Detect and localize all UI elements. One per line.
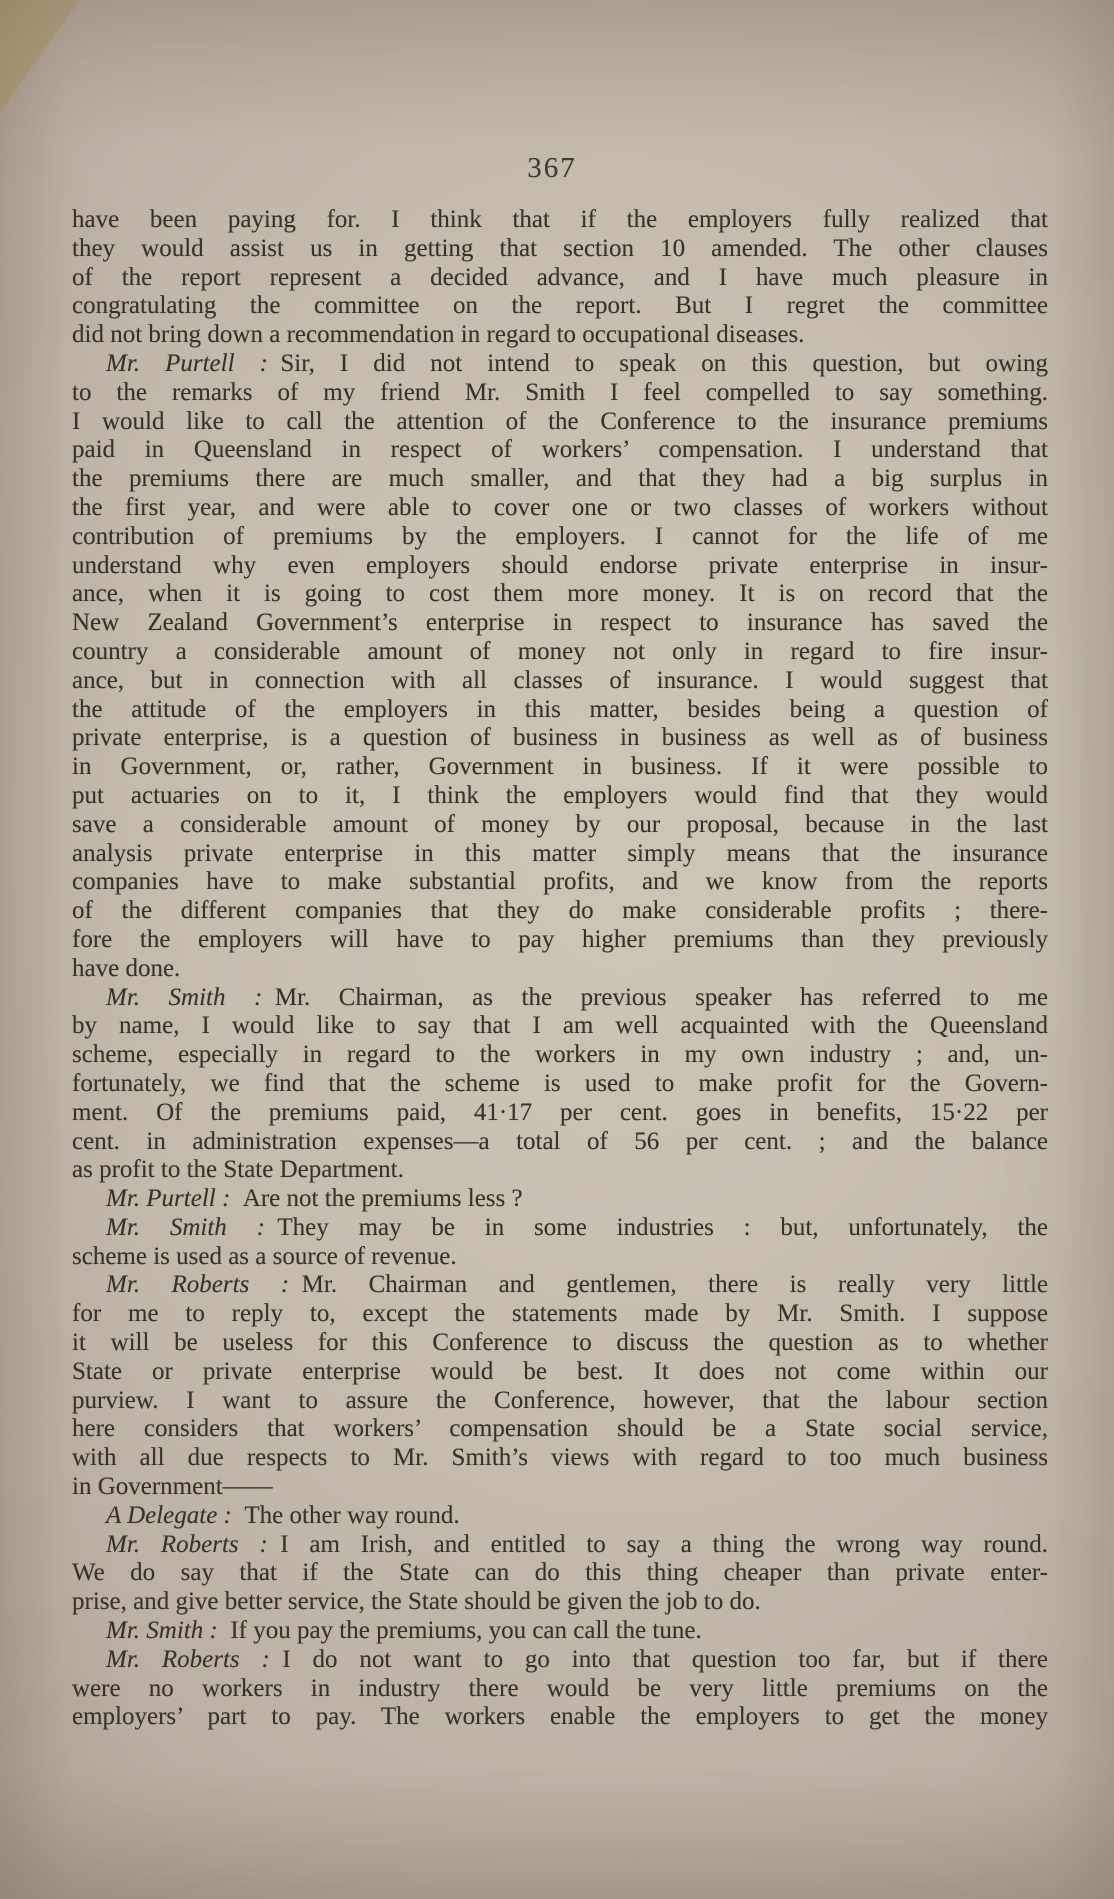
text-line: with all due respects to Mr. Smith’s vie… [72, 1444, 1048, 1473]
paragraph: Mr. Purtell : Sir, I did not intend to s… [72, 350, 1048, 984]
text-line: Mr. Smith : They may be in some industri… [72, 1214, 1048, 1243]
text-line: Mr. Purtell : Are not the premiums less … [72, 1185, 1048, 1214]
speaker-name: Mr. Smith : [106, 1617, 218, 1644]
text-line: fortunately, we find that the scheme is … [72, 1070, 1048, 1099]
text-line: save a considerable amount of money by o… [72, 811, 1048, 840]
text-line: companies have to make substantial profi… [72, 868, 1048, 897]
text-line: ance, when it is going to cost them more… [72, 580, 1048, 609]
speaker-name: Mr. Smith : [106, 984, 262, 1011]
text-line: put actuaries on to it, I think the empl… [72, 782, 1048, 811]
text-line: contribution of premiums by the employer… [72, 523, 1048, 552]
text-line: I would like to call the attention of th… [72, 408, 1048, 437]
text-line: country a considerable amount of money n… [72, 638, 1048, 667]
text-line: Mr. Purtell : Sir, I did not intend to s… [72, 350, 1048, 379]
text-line: in Government, or, rather, Government in… [72, 753, 1048, 782]
text-line: they would assist us in getting that sec… [72, 235, 1048, 264]
paragraph: Mr. Purtell : Are not the premiums less … [72, 1185, 1048, 1214]
text-line: prise, and give better service, the Stat… [72, 1588, 1048, 1617]
text-line: have been paying for. I think that if th… [72, 206, 1048, 235]
text-line: ment. Of the premiums paid, 41·17 per ce… [72, 1099, 1048, 1128]
text-line: by name, I would like to say that I am w… [72, 1012, 1048, 1041]
text-line: were no workers in industry there would … [72, 1675, 1048, 1704]
paragraph: Mr. Smith : Mr. Chairman, as the previou… [72, 984, 1048, 1186]
text-line: State or private enterprise would be bes… [72, 1358, 1048, 1387]
paragraph: have been paying for. I think that if th… [72, 206, 1048, 350]
text-line: it will be useless for this Conference t… [72, 1329, 1048, 1358]
text-line: have done. [72, 955, 1048, 984]
text-line: Mr. Roberts : I do not want to go into t… [72, 1646, 1048, 1675]
text-line: ance, but in connection with all classes… [72, 667, 1048, 696]
speaker-name: Mr. Roberts : [106, 1646, 270, 1673]
paragraph: Mr. Roberts : Mr. Chairman and gentlemen… [72, 1271, 1048, 1501]
speaker-name: A Delegate : [106, 1502, 232, 1529]
text-line: Mr. Smith : Mr. Chairman, as the previou… [72, 984, 1048, 1013]
text-line: understand why even employers should end… [72, 552, 1048, 581]
speaker-name: Mr. Roberts : [106, 1271, 289, 1298]
speaker-name: Mr. Roberts : [106, 1531, 268, 1558]
text-line: did not bring down a recommendation in r… [72, 321, 1048, 350]
speaker-name: Mr. Purtell : [106, 350, 268, 377]
text-line: of the different companies that they do … [72, 897, 1048, 926]
text-line: Mr. Roberts : I am Irish, and entitled t… [72, 1531, 1048, 1560]
text-line: for me to reply to, except the statement… [72, 1300, 1048, 1329]
text-line: purview. I want to assure the Conference… [72, 1387, 1048, 1416]
text-line: analysis private enterprise in this matt… [72, 840, 1048, 869]
text-line: New Zealand Government’s enterprise in r… [72, 609, 1048, 638]
page-text: have been paying for. I think that if th… [72, 206, 1048, 1732]
text-line: the attitude of the employers in this ma… [72, 696, 1048, 725]
scanned-book-page: 367 have been paying for. I think that i… [0, 0, 1114, 1899]
text-line: congratulating the committee on the repo… [72, 292, 1048, 321]
text-line: A Delegate : The other way round. [72, 1502, 1048, 1531]
text-line: private enterprise, is a question of bus… [72, 724, 1048, 753]
text-line: employers’ part to pay. The workers enab… [72, 1703, 1048, 1732]
text-line: fore the employers will have to pay high… [72, 926, 1048, 955]
paragraph: Mr. Smith : They may be in some industri… [72, 1214, 1048, 1272]
text-line: the first year, and were able to cover o… [72, 494, 1048, 523]
speaker-name: Mr. Purtell : [106, 1185, 230, 1212]
text-line: of the report represent a decided advanc… [72, 264, 1048, 293]
text-line: the premiums there are much smaller, and… [72, 465, 1048, 494]
text-line: paid in Queensland in respect of workers… [72, 436, 1048, 465]
page-number: 367 [72, 152, 1032, 185]
text-line: as profit to the State Department. [72, 1156, 1048, 1185]
text-line: here considers that workers’ compensatio… [72, 1415, 1048, 1444]
speaker-name: Mr. Smith : [106, 1214, 265, 1241]
text-line: scheme, especially in regard to the work… [72, 1041, 1048, 1070]
paragraph: A Delegate : The other way round. [72, 1502, 1048, 1531]
text-line: in Government—— [72, 1473, 1048, 1502]
text-line: to the remarks of my friend Mr. Smith I … [72, 379, 1048, 408]
paragraph: Mr. Smith : If you pay the premiums, you… [72, 1617, 1048, 1646]
paragraph: Mr. Roberts : I do not want to go into t… [72, 1646, 1048, 1732]
paragraph: Mr. Roberts : I am Irish, and entitled t… [72, 1531, 1048, 1617]
text-line: Mr. Roberts : Mr. Chairman and gentlemen… [72, 1271, 1048, 1300]
text-line: scheme is used as a source of revenue. [72, 1243, 1048, 1272]
text-line: cent. in administration expenses—a total… [72, 1128, 1048, 1157]
text-line: Mr. Smith : If you pay the premiums, you… [72, 1617, 1048, 1646]
text-line: We do say that if the State can do this … [72, 1559, 1048, 1588]
page-corner-fold [0, 0, 80, 112]
